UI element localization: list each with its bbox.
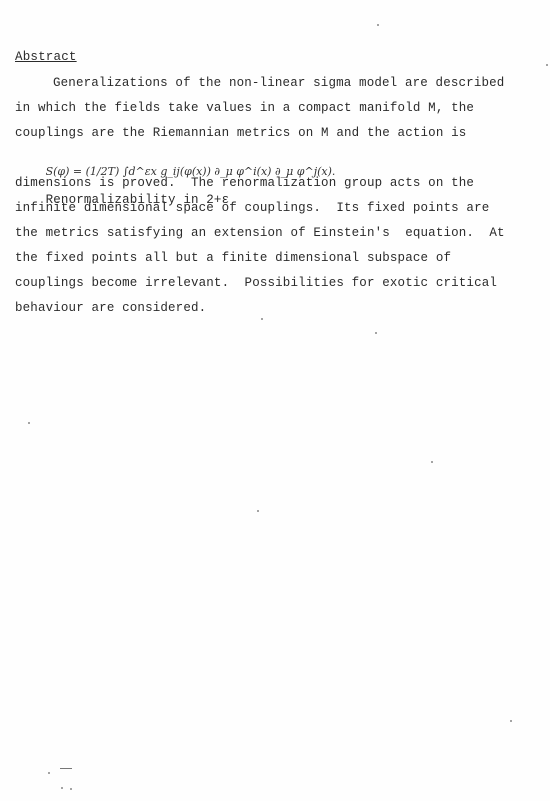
abstract-line-5: infinite dimensional space of couplings.… bbox=[15, 201, 489, 215]
scan-speck bbox=[510, 720, 512, 722]
scan-speck bbox=[61, 787, 63, 789]
abstract-line-3: couplings are the Riemannian metrics on … bbox=[15, 126, 466, 140]
scan-speck bbox=[377, 24, 379, 26]
scan-speck bbox=[375, 332, 377, 334]
scan-speck bbox=[48, 772, 50, 774]
abstract-line-2: in which the fields take values in a com… bbox=[15, 101, 474, 115]
scanned-page: Abstract Generalizations of the non-line… bbox=[0, 0, 550, 801]
abstract-line-7: the fixed points all but a finite dimens… bbox=[15, 251, 451, 265]
abstract-heading: Abstract bbox=[15, 50, 77, 64]
scan-speck bbox=[257, 510, 259, 512]
scan-speck bbox=[546, 64, 548, 66]
scan-speck bbox=[261, 318, 263, 320]
scan-dash bbox=[60, 768, 72, 769]
abstract-line-4: dimensions is proved. The renormalizatio… bbox=[15, 176, 474, 190]
abstract-line-8: couplings become irrelevant. Possibiliti… bbox=[15, 276, 497, 290]
abstract-line-1: Generalizations of the non-linear sigma … bbox=[53, 76, 504, 90]
scan-speck bbox=[70, 788, 72, 790]
abstract-line-9: behaviour are considered. bbox=[15, 301, 206, 315]
abstract-line-6: the metrics satisfying an extension of E… bbox=[15, 226, 505, 240]
scan-speck bbox=[431, 461, 433, 463]
scan-speck bbox=[28, 422, 30, 424]
